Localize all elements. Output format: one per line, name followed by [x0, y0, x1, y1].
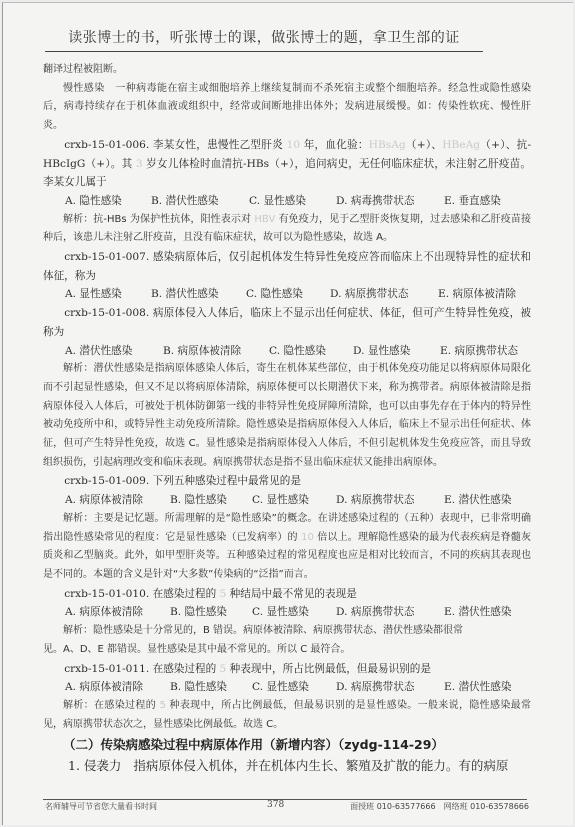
- option-e: E. 病原体被清除: [438, 285, 516, 304]
- option-e: E. 垂直感染: [444, 192, 501, 211]
- header-divider: [45, 51, 483, 52]
- question-stem: 下列五种感染过程中最常见的是: [153, 475, 301, 487]
- analysis-008: 解析：潜伏性感染是指病原体感染人体后，寄生在机体某些部位，由于机体免疫功能足以将…: [43, 360, 531, 472]
- option-c: C. 显性感染: [252, 603, 336, 622]
- item-label: 1. 侵袭力: [68, 758, 121, 773]
- option-b: B. 潜伏性感染: [151, 192, 249, 211]
- option-c: C. 隐性感染: [269, 342, 353, 361]
- option-d: D. 病原携带状态: [336, 678, 444, 697]
- question-id: crxb-15-01-006.: [64, 139, 149, 151]
- question-stem: 在感染过程的: [153, 663, 217, 675]
- option-d: D. 病原携带状态: [336, 603, 444, 622]
- question-id: crxb-15-01-009.: [64, 475, 149, 487]
- option-d: D. 病原携带状态: [330, 285, 438, 304]
- question-id: crxb-15-01-010.: [64, 588, 149, 600]
- term-chronic-infection: 慢性感染: [63, 83, 105, 94]
- options-010: A. 病原体被清除 B. 隐性感染 C. 显性感染 D. 病原携带状态 E. 潜…: [43, 603, 531, 622]
- question-id: crxb-15-01-008.: [64, 307, 149, 319]
- question-008: crxb-15-01-008. 病原体侵入人体后，临床上不显示出任何症状、体征，…: [43, 304, 531, 341]
- question-010: crxb-15-01-010. 在感染过程的 5 种结局中最不常见的表现是: [43, 585, 531, 604]
- options-008: A. 潜伏性感染 B. 病原体被清除 C. 隐性感染 D. 显性感染 E. 病原…: [43, 342, 531, 361]
- options-009: A. 病原体被清除 B. 隐性感染 C. 显性感染 D. 病原携带状态 E. 潜…: [43, 491, 531, 510]
- faint-text: 10: [287, 139, 300, 151]
- analysis-text: 解析：抗-HBs 为保护性抗体，阳性表示对: [63, 214, 251, 225]
- footer-slogan: 名师辅导可节省您大量看书时间: [45, 801, 157, 812]
- option-e: E. 潜伏性感染: [444, 678, 511, 697]
- option-b: B. 病原体被清除: [163, 342, 269, 361]
- item-1-invasiveness: 1. 侵袭力 指病原体侵入机体，并在机体内生长、繁殖及扩散的能力。有的病原: [43, 756, 531, 776]
- question-006: crxb-15-01-006. 李某女性，患慢性乙型肝炎 10 年，血化验：HB…: [43, 136, 531, 192]
- question-stem: 年，血化验：: [304, 139, 369, 151]
- option-a: A. 潜伏性感染: [65, 342, 163, 361]
- question-007: crxb-15-01-007. 感染病原体后，仅引起机体发生特异性免疫应答而临床…: [43, 248, 531, 285]
- option-a: A. 病原体被清除: [65, 678, 170, 697]
- option-e: E. 潜伏性感染: [444, 603, 511, 622]
- option-b: B. 隐性感染: [170, 678, 252, 697]
- faint-text: 5: [160, 700, 166, 711]
- document-page: 读张博士的书，听张博士的课，做张博士的题，拿卫生部的证 翻译过程被阻断。 慢性感…: [2, 2, 573, 825]
- faint-text: 3: [136, 158, 143, 170]
- question-009: crxb-15-01-009. 下列五种感染过程中最常见的是: [43, 472, 531, 491]
- item-text: 指病原体侵入机体，并在机体内生长、繁殖及扩散的能力。有的病原: [133, 758, 508, 773]
- analysis-006: 解析：抗-HBs 为保护性抗体，阳性表示对 HBV 有免疫力，见于乙型肝炎恢复期…: [43, 211, 531, 248]
- footer-contact: 面授班 010-63577666 网络班 010-63578666: [350, 801, 529, 812]
- question-011: crxb-15-01-011. 在感染过程的 5 种表现中，所占比例最低，但最易…: [43, 660, 531, 679]
- option-e: E. 病原携带状态: [440, 342, 518, 361]
- page-body: 翻译过程被阻断。 慢性感染 一种病毒能在宿主或细胞培养上继续复制而不杀死宿主或整…: [43, 61, 531, 776]
- faint-text: HBsAg: [369, 139, 406, 151]
- option-d: D. 病原携带状态: [336, 491, 444, 510]
- chronic-infection-text: 一种病毒能在宿主或细胞培养上继续复制而不杀死宿主或整个细胞培养。经急性或隐性感染…: [43, 83, 531, 131]
- option-c: C. 显性感染: [249, 192, 336, 211]
- faint-text: 5: [220, 663, 227, 675]
- analysis-text: 解析：在感染过程的: [63, 700, 156, 711]
- section-heading: （二）传染病感染过程中病原体作用（新增内容）（zydg-114-29）: [43, 734, 531, 756]
- option-e: E. 潜伏性感染: [444, 491, 511, 510]
- question-stem: 在感染过程的: [153, 588, 217, 600]
- option-b: B. 潜伏性感染: [151, 285, 246, 304]
- options-007: A. 显性感染 B. 潜伏性感染 C. 隐性感染 D. 病原携带状态 E. 病原…: [43, 285, 531, 304]
- analysis-010-line2: 见。A、D、E 都错误。显性感染是其中最不常见的。所以 C 最符合。: [43, 641, 531, 660]
- question-stem: 李某女性，患慢性乙型肝炎: [153, 139, 283, 151]
- question-id: crxb-15-01-011.: [64, 663, 149, 675]
- analysis-010-line1: 解析：隐性感染是十分常见的，B 错误。病原体被清除、病原携带状态、潜伏性感染都很…: [43, 622, 531, 641]
- chronic-infection-paragraph: 慢性感染 一种病毒能在宿主或细胞培养上继续复制而不杀死宿主或整个细胞培养。经急性…: [43, 80, 531, 136]
- option-b: B. 隐性感染: [170, 491, 252, 510]
- continued-line: 翻译过程被阻断。: [43, 61, 531, 80]
- option-a: A. 病原体被清除: [65, 603, 170, 622]
- analysis-011: 解析：在感染过程的 5 种表现中，所占比例最低，但最易识别的是显性感染。一般来说…: [43, 697, 531, 734]
- faint-text: 10: [301, 532, 314, 543]
- option-c: C. 隐性感染: [246, 285, 330, 304]
- faint-text: HBeAg: [442, 139, 480, 151]
- option-a: A. 隐性感染: [65, 192, 151, 211]
- option-a: A. 病原体被清除: [65, 491, 170, 510]
- option-b: B. 隐性感染: [170, 603, 252, 622]
- options-006: A. 隐性感染 B. 潜伏性感染 C. 显性感染 D. 病毒携带状态 E. 垂直…: [43, 192, 531, 211]
- option-c: C. 显性感染: [252, 678, 336, 697]
- question-id: crxb-15-01-007.: [64, 251, 149, 263]
- option-c: C. 显性感染: [252, 491, 336, 510]
- question-stem: 种结局中最不常见的表现是: [230, 588, 357, 600]
- page-number: 378: [267, 800, 284, 810]
- option-d: D. 显性感染: [353, 342, 440, 361]
- running-header: 读张博士的书，听张博士的课，做张博士的题，拿卫生部的证: [45, 27, 483, 47]
- option-d: D. 病毒携带状态: [336, 192, 444, 211]
- options-011: A. 病原体被清除 B. 隐性感染 C. 显性感染 D. 病原携带状态 E. 潜…: [43, 678, 531, 697]
- option-a: A. 显性感染: [65, 285, 151, 304]
- question-stem: （+）、: [406, 139, 443, 151]
- faint-text: 5: [220, 588, 227, 600]
- question-stem: 种表现中，所占比例最低，但最易识别的是: [230, 663, 431, 675]
- analysis-009: 解析：主要是记忆题。所需理解的是“隐性感染”的概念。在讲述感染过程的（五种）表现…: [43, 510, 531, 585]
- faint-text: HBV: [254, 214, 275, 225]
- page-footer: 名师辅导可节省您大量看书时间 378 面授班 010-63577666 网络班 …: [45, 800, 529, 814]
